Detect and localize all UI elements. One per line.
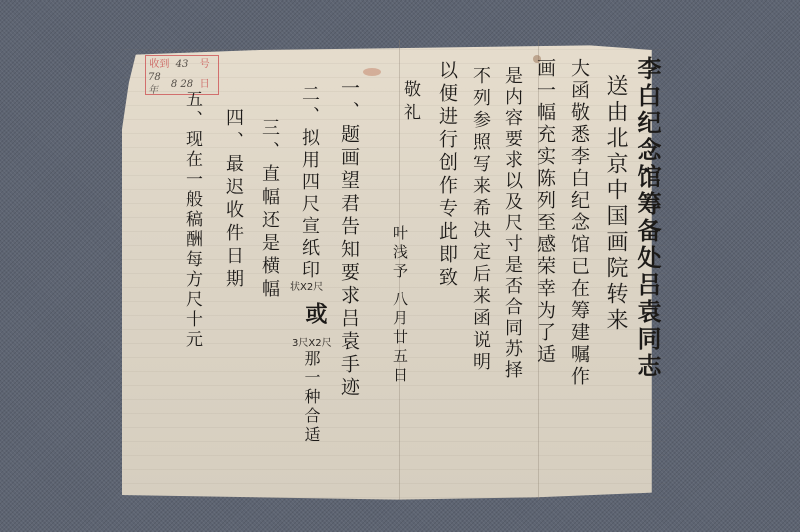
item-2-text: 拟用四尺宣纸印	[299, 128, 320, 282]
letter-column: 大函敬悉李白纪念馆已在筹建嘱作	[566, 58, 593, 388]
item-1-text: 题画望君告知要求吕袁手迹	[338, 124, 360, 400]
item-4-text: 最迟收件日期	[223, 154, 244, 292]
letter-column: 不列参照写来希决定后来函说明	[467, 66, 493, 374]
letter-column: 是内容要求以及尺寸是否合同苏择	[499, 66, 525, 381]
item-5-number: 五、	[182, 90, 202, 130]
letter-closing: 敬礼	[398, 80, 423, 126]
item-5: 五、现在一般稿酬每方尺十元	[180, 90, 205, 350]
size-note-b: 3尺X2尺	[292, 334, 332, 349]
item-3-number: 三、	[259, 118, 280, 164]
received-stamp: 收到 43 号 78年 8 28 日	[145, 55, 219, 95]
paper-stain	[363, 68, 381, 76]
stamp-month-day: 8 28	[171, 78, 193, 91]
stamp-label-hao: 号	[200, 58, 210, 71]
stamp-label-received: 收到	[149, 58, 169, 71]
item-3: 三、直幅还是横幅	[256, 118, 282, 302]
letter-signature-date: 叶浅予 八月廿五日	[390, 225, 411, 386]
stamp-label-ri: 日	[200, 78, 210, 91]
or-mark: 或	[300, 302, 331, 330]
item-4-number: 四、	[223, 108, 244, 154]
letter-column: 画一幅充实陈列至感荣幸为了适	[532, 58, 559, 366]
item-3-text: 直幅还是横幅	[259, 164, 280, 302]
stamp-number: 43	[176, 58, 189, 71]
stamp-month: 8	[171, 79, 177, 90]
item-2-number: 二、	[299, 84, 320, 128]
size-note-a: 状X2尺	[290, 278, 323, 293]
letter-column: 送由北京中国画院转来	[600, 74, 631, 334]
item-1: 一、题画望君告知要求吕袁手迹	[336, 78, 363, 400]
size-choice-note: 那一种合适	[300, 350, 323, 445]
stamp-year: 78年	[148, 71, 171, 97]
stamp-day: 28	[180, 79, 193, 90]
letter-column-salutation: 李白纪念馆筹备处吕袁同志	[630, 56, 665, 380]
item-5-text: 现在一般稿酬每方尺十元	[182, 130, 202, 350]
item-4: 四、最迟收件日期	[220, 108, 246, 292]
item-2: 二、拟用四尺宣纸印	[296, 84, 322, 282]
item-1-number: 一、	[338, 78, 360, 124]
letter-column: 以便进行创作专此即致	[434, 60, 461, 290]
